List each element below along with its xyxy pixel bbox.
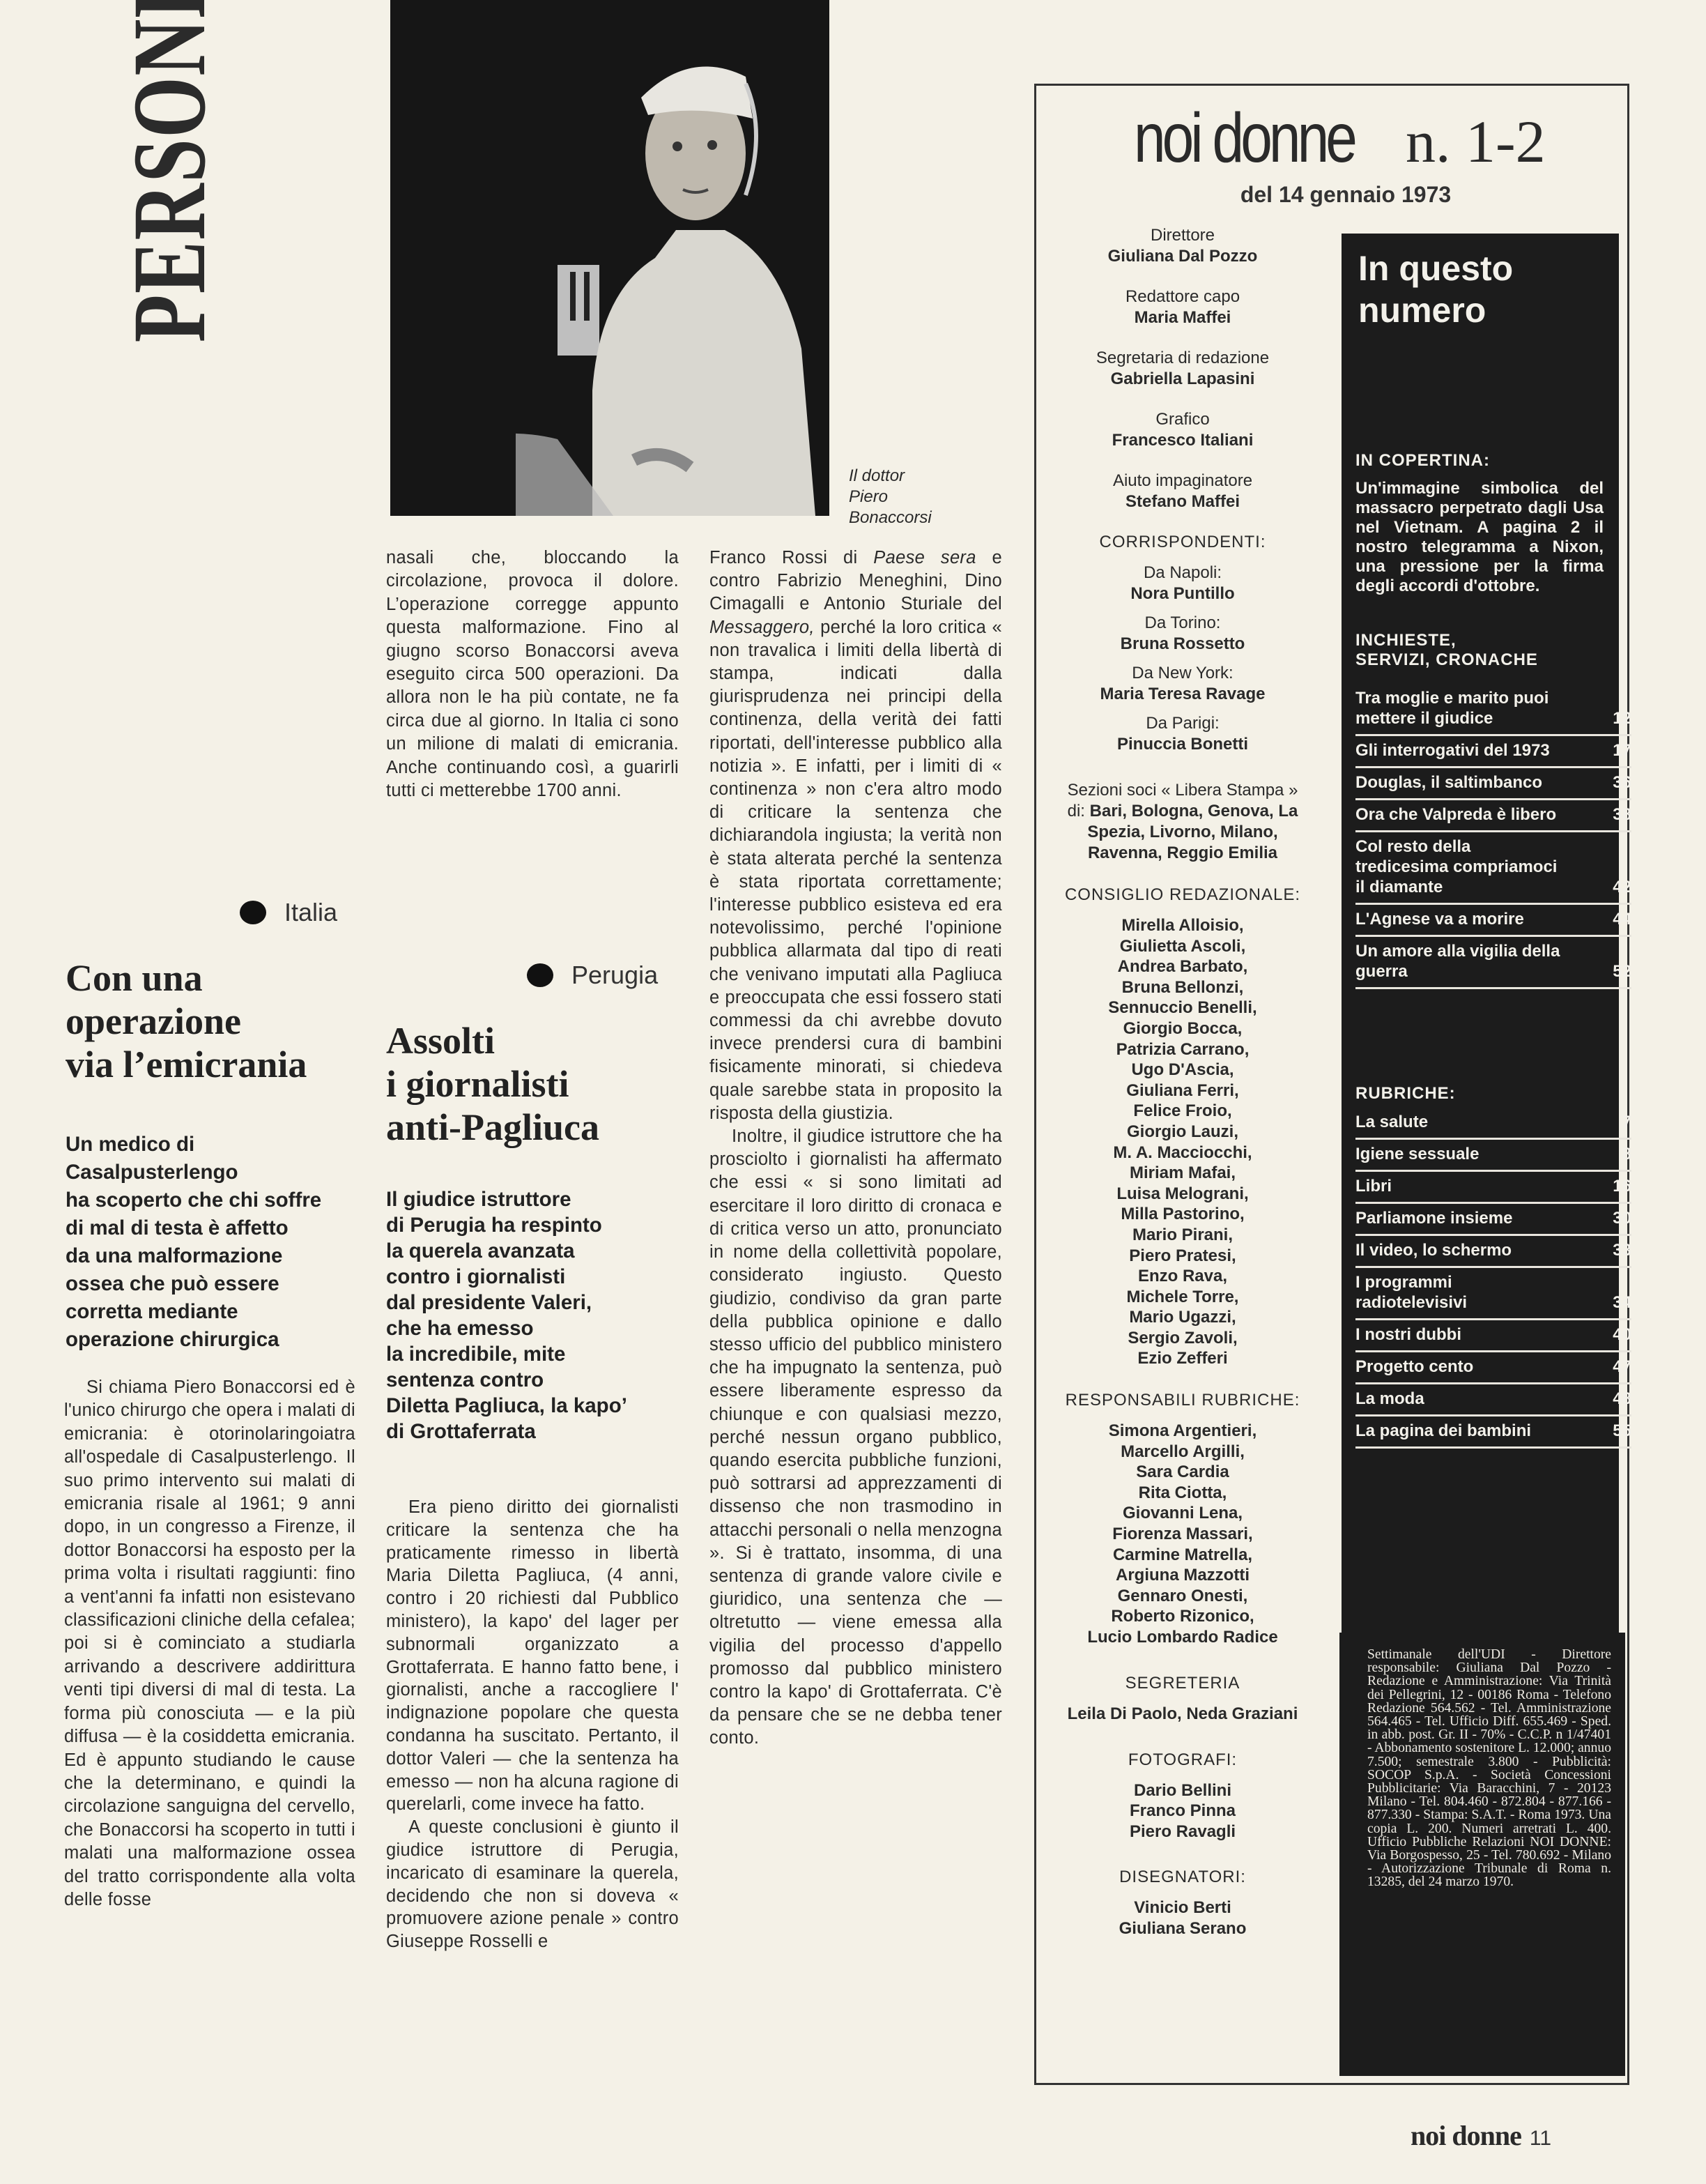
issue-date: del 14 gennaio 1973 xyxy=(1036,182,1627,208)
consiglio-list: Mirella Alloisio, Giulietta Ascoli, Andr… xyxy=(1050,915,1315,1369)
toc-entry[interactable]: La pagina dei bambini55 xyxy=(1355,1416,1631,1449)
article1-headline: Con una operazione via l’emicrania xyxy=(66,956,372,1086)
article1-deck: Un medico di Casalpusterlengo ha scopert… xyxy=(66,1131,372,1354)
toc-entry[interactable]: La salute7 xyxy=(1355,1108,1631,1140)
article2-headline: Assolti i giornalisti anti-Pagliuca xyxy=(386,1019,693,1149)
toc-entry[interactable]: Libri16 xyxy=(1355,1172,1631,1204)
inchieste-label: INCHIESTE, SERVIZI, CRONACHE xyxy=(1355,631,1538,670)
bullet-dot-icon xyxy=(527,963,553,987)
colophon-panel: Settimanale dell'UDI - Direttore respons… xyxy=(1339,1633,1625,2076)
surgeon-photo xyxy=(390,0,829,516)
toc-title: In questo numero xyxy=(1358,247,1513,331)
rubriche-list: La salute7 Igiene sessuale8 Libri16 Parl… xyxy=(1355,1108,1633,1449)
toc-entry[interactable]: I nostri dubbi40 xyxy=(1355,1320,1631,1352)
issue-number: n. 1-2 xyxy=(1406,107,1546,176)
disegnatori-list: Vinicio Berti Giuliana Serano xyxy=(1050,1897,1315,1939)
toc-entry[interactable]: I programmi radiotelevisivi34 xyxy=(1355,1268,1631,1320)
bullet-dot-icon xyxy=(240,901,266,924)
page-number: 11 xyxy=(1530,2127,1551,2151)
article1-body-col2: nasali che, bloccando la circolazione, p… xyxy=(386,547,679,802)
sezioni-block: Sezioni soci « Libera Stampa » di: Bari,… xyxy=(1050,780,1315,864)
article2-body-col2: Era pieno diritto dei giornalisti critic… xyxy=(386,1496,679,1953)
correspondents-label: CORRISPONDENTI: xyxy=(1050,532,1315,553)
toc-entry[interactable]: Gli interrogativi del 197317 xyxy=(1355,736,1631,768)
inchieste-list: Tra moglie e marito puoi mettere il giud… xyxy=(1355,684,1633,989)
section-title: PERSONE E FATTI xyxy=(61,56,173,864)
toc-entry[interactable]: Un amore alla vigilia della guerra52 xyxy=(1355,937,1631,989)
toc-entry[interactable]: L'Agnese va a morire44 xyxy=(1355,905,1631,937)
surgeon-figure-image xyxy=(516,28,822,516)
article2-body-col3: Franco Rossi di Paese sera e contro Fabr… xyxy=(709,547,1002,1750)
toc-entry[interactable]: Progetto cento47 xyxy=(1355,1352,1631,1384)
cover-description: Un'immagine simbolica del massacro perpe… xyxy=(1355,479,1604,596)
rubriche-staff-list: Simona Argentieri, Marcello Argilli, Sar… xyxy=(1050,1421,1315,1648)
colophon-text: Settimanale dell'UDI - Direttore respons… xyxy=(1367,1648,1611,1889)
article1-kicker: Italia xyxy=(240,898,337,927)
toc-entry[interactable]: Tra moglie e marito puoi mettere il giud… xyxy=(1355,684,1631,736)
fotografi-list: Dario Bellini Franco Pinna Piero Ravagli xyxy=(1050,1780,1315,1842)
toc-entry[interactable]: Parliamone insieme30 xyxy=(1355,1204,1631,1236)
toc-entry[interactable]: Ora che Valpreda è libero38 xyxy=(1355,800,1631,832)
toc-entry[interactable]: Igiene sessuale8 xyxy=(1355,1140,1631,1172)
page-footer: noi donne 11 xyxy=(1411,2119,1551,2152)
photo-caption: Il dottor Piero Bonaccorsi xyxy=(849,466,988,528)
article1-body-col1: Si chiama Piero Bonaccorsi ed è l'unico … xyxy=(64,1376,355,1911)
toc-entry[interactable]: Col resto della tredicesima compriamoci … xyxy=(1355,832,1631,905)
toc-entry[interactable]: Douglas, il saltimbanco36 xyxy=(1355,768,1631,800)
staff-list: DirettoreGiuliana Dal Pozzo Redattore ca… xyxy=(1050,225,1315,1959)
magazine-logo: noi donne xyxy=(1134,98,1354,178)
article2-deck: Il giudice istruttore di Perugia ha resp… xyxy=(386,1186,693,1444)
footer-brand: noi donne xyxy=(1411,2119,1521,2152)
toc-entry[interactable]: Il video, lo schermo33 xyxy=(1355,1236,1631,1268)
toc-entry[interactable]: La moda48 xyxy=(1355,1384,1631,1416)
article2-kicker: Perugia xyxy=(527,961,658,990)
